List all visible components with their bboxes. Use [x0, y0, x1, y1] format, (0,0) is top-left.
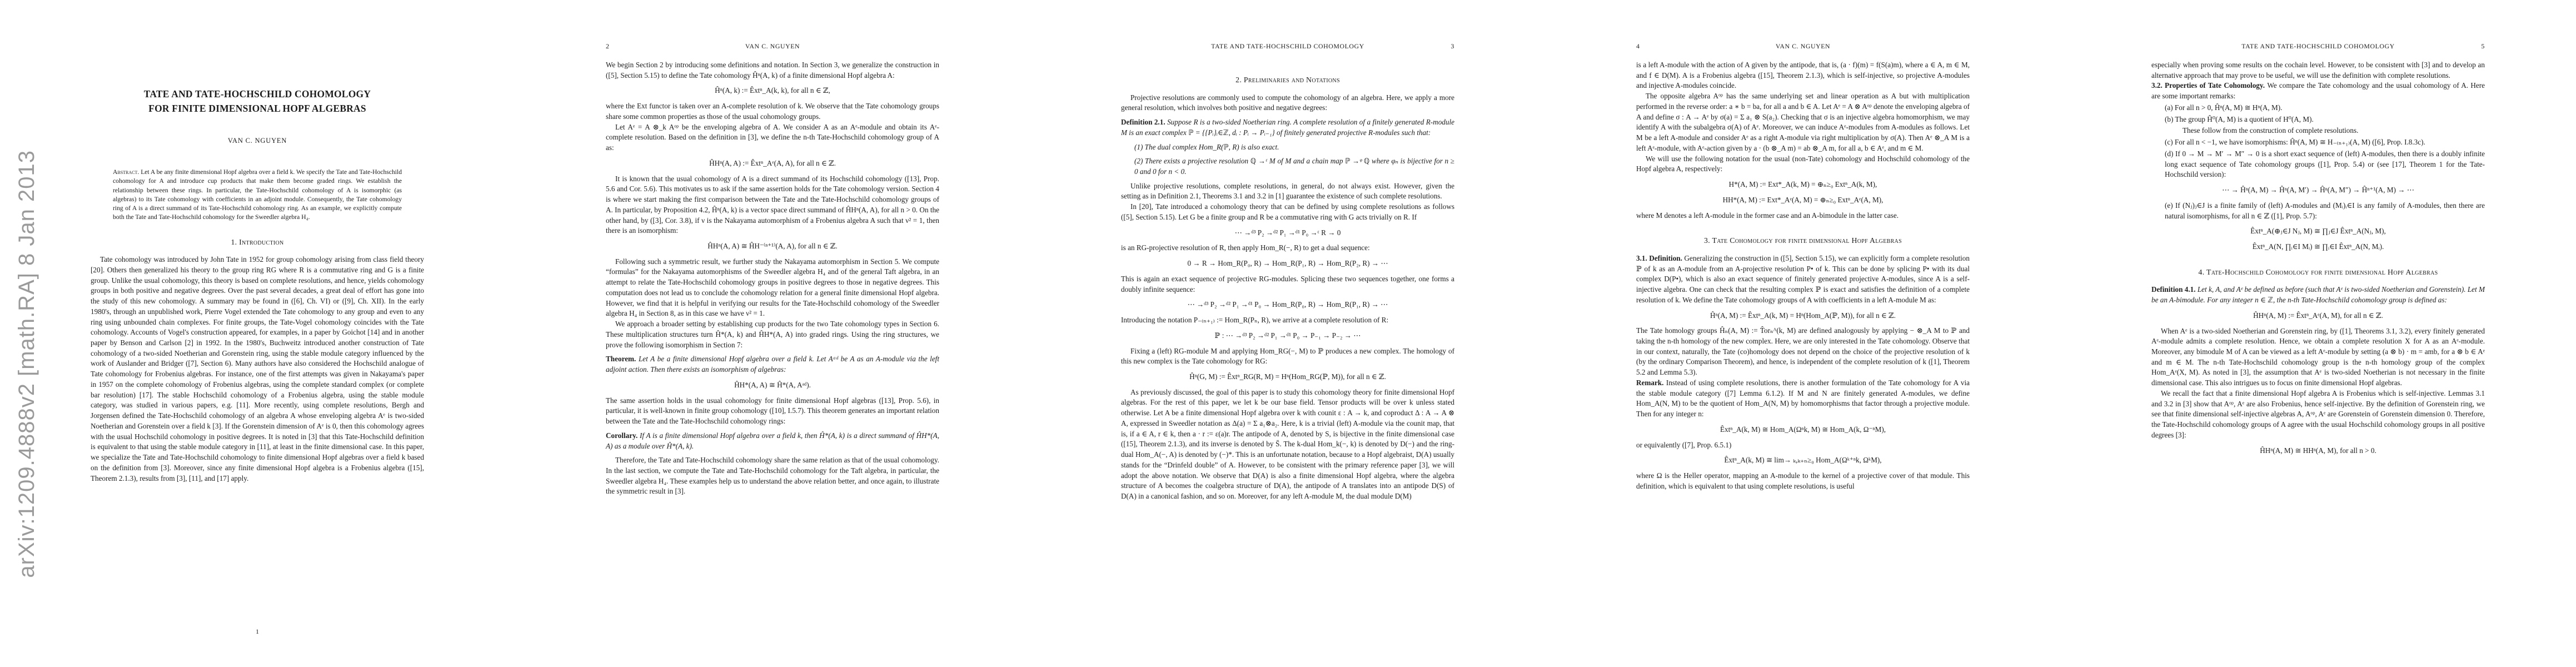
page-3: TATE AND TATE-HOCHSCHILD COHOMOLOGY32. P… — [1030, 0, 1546, 667]
paragraph: We begin Section 2 by introducing some d… — [606, 60, 939, 81]
list-item: (2) There exists a projective resolution… — [1121, 156, 1454, 177]
formula: ℙ : ⋯ →ᵈ³ P₂ →ᵈ² P₁ →ᵈ¹ P₀ → P₋₁ → P₋₂ →… — [1121, 331, 1454, 341]
paragraph: especially when proving some results on … — [2151, 60, 2485, 81]
paragraph: where Ω is the Heller operator, mapping … — [1636, 471, 1970, 491]
paragraph: When Aᵉ is a two-sided Noetherian and Go… — [2151, 326, 2485, 389]
paragraph: Introducing the notation P₋₍ₙ₊₁₎ := Hom_… — [1121, 315, 1454, 326]
formula: ĤHⁿ(A, A) := Êxtⁿ_Aᵉ(A, A), for all n ∈ … — [606, 158, 939, 169]
paragraph: We recall the fact that a finite dimensi… — [2151, 389, 2485, 441]
running-head: 4VAN C. NGUYEN — [1636, 42, 1970, 51]
page-1: TATE AND TATE-HOCHSCHILD COHOMOLOGY FOR … — [0, 0, 515, 667]
paragraph: where M denotes a left A-module in the f… — [1636, 211, 1970, 221]
block-lead: 3.1. Definition. — [1636, 254, 1684, 262]
paragraph: Unlike projective resolutions, complete … — [1121, 181, 1454, 202]
page-number: 2 — [606, 42, 628, 51]
abstract: Abstract. Let A be any finite dimensiona… — [113, 168, 402, 222]
formula: Ĥⁿ(G, M) := Êxtⁿ_RG(R, M) = Hⁿ(Hom_RG(ℙ,… — [1121, 372, 1454, 382]
formula: Êxtⁿ_A(k, M) ≅ Hom_A(Ωⁿk, M) ≅ Hom_A(k, … — [1636, 425, 1970, 435]
block-lead: Remark. — [1636, 379, 1666, 387]
paragraph: It is known that the usual cohomology of… — [606, 174, 939, 236]
formula: ĤHⁿ(A, M) := Êxtⁿ_Aᵉ(A, M), for all n ∈ … — [2151, 311, 2485, 321]
paragraph: The opposite algebra Aᵒᵖ has the same un… — [1636, 91, 1970, 153]
paragraph: The same assertion holds in the usual co… — [606, 396, 939, 427]
block-lead: Corollary. — [606, 431, 640, 440]
paragraph: 3.1. Definition. Generalizing the constr… — [1636, 253, 1970, 306]
paragraph: is a left A-module with the action of A … — [1636, 60, 1970, 91]
formula: ⋯ →ᵈ³ P₂ →ᵈ² P₁ →ᵈ¹ P₀ → Hom_R(P₀, R) → … — [1121, 300, 1454, 310]
running-head: TATE AND TATE-HOCHSCHILD COHOMOLOGY5 — [2151, 42, 2485, 51]
page-2: 2VAN C. NGUYENWe begin Section 2 by intr… — [515, 0, 1030, 667]
formula: 0 → R → Hom_R(P₀, R) → Hom_R(P₁, R) → Ho… — [1121, 258, 1454, 269]
paragraph: Tate cohomology was introduced by John T… — [91, 255, 424, 484]
paragraph: Therefore, the Tate and Tate-Hochschild … — [606, 455, 939, 497]
paragraph: Following such a symmetric result, we fu… — [606, 257, 939, 319]
formula: Ĥⁿ(A, k) := Êxtⁿ_A(k, k), for all n ∈ ℤ, — [606, 86, 939, 96]
arxiv-watermark: arXiv:1209.4888v2 [math.RA] 8 Jan 2013 — [9, 83, 44, 645]
page-number: 4 — [1636, 42, 1658, 51]
paragraph: Projective resolutions are commonly used… — [1121, 93, 1454, 113]
section-heading: 3. Tate Cohomology for finite dimensiona… — [1636, 235, 1970, 246]
list-item: (a) For all n > 0, Ĥⁿ(A, M) ≅ Hⁿ(A, M). — [2151, 103, 2485, 113]
paragraph: Theorem. Let A be a finite dimensional H… — [606, 354, 939, 375]
paragraph: where the Ext functor is taken over an A… — [606, 101, 939, 122]
block-lead: Definition 2.1. — [1121, 118, 1167, 126]
paragraph: 3.2. Properties of Tate Cohomology. We c… — [2151, 81, 2485, 101]
page-content: TATE AND TATE-HOCHSCHILD COHOMOLOGY FOR … — [91, 87, 424, 484]
paragraph: This is again an exact sequence of proje… — [1121, 274, 1454, 295]
page-4: 4VAN C. NGUYENis a left A-module with th… — [1546, 0, 2061, 667]
formula: ĤHⁿ(A, M) ≅ HHⁿ(A, M), for all n > 0. — [2151, 446, 2485, 456]
page-5: TATE AND TATE-HOCHSCHILD COHOMOLOGY5espe… — [2061, 0, 2576, 667]
paragraph: Remark. Instead of using complete resolu… — [1636, 378, 1970, 420]
list-item: (e) If (Nⱼ)ⱼ∈J is a finite family of (le… — [2151, 201, 2485, 221]
paragraph: The Tate homology groups Ĥₙ(A, M) := T̂o… — [1636, 326, 1970, 378]
arxiv-watermark-text: arXiv:1209.4888v2 [math.RA] 8 Jan 2013 — [14, 150, 39, 578]
paper-title: TATE AND TATE-HOCHSCHILD COHOMOLOGY FOR … — [91, 87, 424, 116]
paragraph: We approach a broader setting by establi… — [606, 319, 939, 350]
paragraph: Fixing a (left) RG-module M and applying… — [1121, 346, 1454, 367]
running-title: TATE AND TATE-HOCHSCHILD COHOMOLOGY — [2174, 42, 2463, 51]
running-head: 2VAN C. NGUYEN — [606, 42, 939, 51]
document-pages: TATE AND TATE-HOCHSCHILD COHOMOLOGY FOR … — [0, 0, 2576, 667]
formula: Êxtⁿ_A(⊕ⱼ∈J Nⱼ, M) ≅ ∏ⱼ∈J Êxtⁿ_A(Nⱼ, M), — [2151, 226, 2485, 237]
formula: ĤHⁿ(A, A) ≅ ĤH⁻⁽ⁿ⁺¹⁾(A, A), for all n ∈ … — [606, 241, 939, 252]
paragraph: or equivalently ([7], Prop. 6.5.1) — [1636, 440, 1970, 451]
list-item: (1) The dual complex Hom_R(ℙ, R) is also… — [1121, 142, 1454, 153]
formula: ĤH*(A, A) ≅ Ĥ*(A, Aᵃᵈ). — [606, 380, 939, 391]
paragraph: As previously discussed, the goal of thi… — [1121, 387, 1454, 502]
paragraph: In [20], Tate introduced a cohomology th… — [1121, 202, 1454, 222]
page-content: is a left A-module with the action of A … — [1636, 60, 1970, 492]
block-lead: Theorem. — [606, 355, 639, 363]
page-content: 2. Preliminaries and NotationsProjective… — [1121, 60, 1454, 502]
running-title: VAN C. NGUYEN — [628, 42, 917, 51]
list-item: (d) If 0 → M → M′ → M″ → 0 is a short ex… — [2151, 149, 2485, 180]
formula: Êxtⁿ_A(N, ∏ᵢ∈I Mᵢ) ≅ ∏ᵢ∈I Êxtⁿ_A(N, Mᵢ). — [2151, 242, 2485, 252]
running-title: VAN C. NGUYEN — [1658, 42, 1947, 51]
paragraph: Definition 2.1. Suppose R is a two-sided… — [1121, 117, 1454, 138]
page-content: especially when proving some results on … — [2151, 60, 2485, 461]
running-title: TATE AND TATE-HOCHSCHILD COHOMOLOGY — [1143, 42, 1432, 51]
formula: ⋯ →ᵈ³ P₂ →ᵈ² P₁ →ᵈ¹ P₀ →ᵋ R → 0 — [1121, 228, 1454, 238]
formula: H*(A, M) := Ext*_A(k, M) = ⊕ₙ≥₀ Extⁿ_A(k… — [1636, 180, 1970, 190]
list-item: (c) For all n < −1, we have isomorphisms… — [2151, 137, 2485, 148]
formula: Ĥⁿ(A, M) := Êxtⁿ_A(k, M) = Hⁿ(Hom_A(ℙ, M… — [1636, 311, 1970, 321]
page-content: We begin Section 2 by introducing some d… — [606, 60, 939, 497]
block-lead: Abstract. — [113, 168, 141, 176]
formula: HH*(A, M) := Ext*_Aᵉ(A, M) = ⊕ₙ≥₀ Extⁿ_A… — [1636, 195, 1970, 206]
page-number: 3 — [1432, 42, 1454, 51]
section-heading: 1. Introduction — [91, 237, 424, 248]
block-lead: Definition 4.1. — [2151, 285, 2198, 293]
block-lead: 3.2. Properties of Tate Cohomology. — [2151, 81, 2267, 89]
list-item-note: These follow from the construction of co… — [2151, 126, 2485, 136]
paragraph: We will use the following notation for t… — [1636, 154, 1970, 175]
paragraph: Let Aᵉ = A ⊗_k Aᵒᵖ be the enveloping alg… — [606, 122, 939, 153]
page-number: 5 — [2463, 42, 2485, 51]
paragraph: is an RG-projective resolution of R, the… — [1121, 243, 1454, 253]
paragraph: Corollary. If A is a finite dimensional … — [606, 431, 939, 451]
author-name: VAN C. NGUYEN — [91, 136, 424, 146]
formula: Êxtⁿ_A(k, M) ≅ lim→ ₖ,ₖ₊ₙ≥₀ Hom_A(Ωᵏ⁺ⁿk,… — [1636, 455, 1970, 466]
formula: ⋯ → Ĥⁿ(A, M) → Ĥⁿ(A, M′) → Ĥⁿ(A, M″) → Ĥ… — [2151, 185, 2485, 196]
page-number-footer: 1 — [91, 628, 424, 636]
section-heading: 4. Tate-Hochschild Cohomology for finite… — [2151, 267, 2485, 278]
section-heading: 2. Preliminaries and Notations — [1121, 74, 1454, 86]
running-head: TATE AND TATE-HOCHSCHILD COHOMOLOGY3 — [1121, 42, 1454, 51]
paragraph: Definition 4.1. Let k, A, and Aᵉ be defi… — [2151, 285, 2485, 305]
list-item: (b) The group Ĥ⁰(A, M) is a quotient of … — [2151, 115, 2485, 125]
